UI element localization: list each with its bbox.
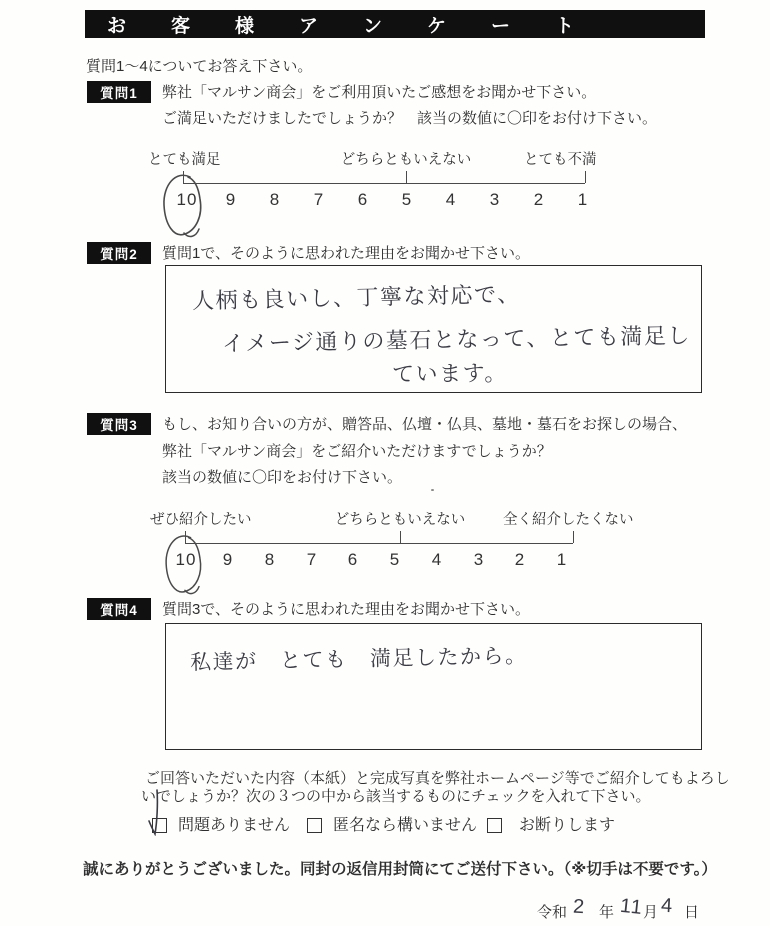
scale-tick-mid: [400, 531, 401, 543]
handwritten-circle-q3: [158, 533, 210, 595]
scale-right-label: 全く紹介したくない: [503, 508, 634, 529]
consent-text-line2: いでしょうか？次の３つの中から該当するものにチェックを入れて下さい。: [141, 787, 651, 806]
scale-number-6: 6: [331, 550, 375, 570]
scale-mid-label: どちらともいえない: [335, 508, 466, 529]
checkbox-label-decline: お断りします: [519, 812, 615, 835]
question4-label: 質問4: [87, 598, 151, 620]
scale-axis-line: [183, 183, 585, 184]
scale-number-8: 8: [253, 190, 297, 210]
scale-number-4: 4: [415, 550, 459, 570]
date-era-label: 令和: [537, 901, 567, 922]
scale-number-1: 1: [540, 550, 584, 570]
scale-number-5: 5: [385, 190, 429, 210]
recommend-scale: ぜひ紹介したい どちらともいえない 全く紹介したくない 10 9 8 7 6 5…: [145, 508, 645, 588]
scale-number-9: 9: [206, 550, 250, 570]
question3-text-line1: もし、お知り合いの方が、贈答品、仏壇・仏具、墓地・墓石をお探しの場合、: [162, 415, 687, 434]
scale-number-4: 4: [429, 190, 473, 210]
scan-speck: [431, 489, 434, 491]
date-day-unit: 日: [684, 901, 699, 922]
scale-number-3: 3: [457, 550, 501, 570]
question3-label: 質問3: [87, 413, 151, 435]
question3-text-line2: 弊社「マルサン商会」をご紹介いただけますでしょうか？: [162, 442, 552, 461]
question1-text-line2: ご満足いただけましたでしょうか？ 該当の数値に〇印をお付け下さい。: [162, 109, 657, 128]
checkbox-anonymous-ok: [307, 818, 322, 833]
question1-text-line1: 弊社「マルサン商会」をご利用頂いたご感想をお聞かせ下さい。: [162, 83, 596, 102]
question4-prompt: 質問3で、そのように思われた理由をお聞かせ下さい。: [162, 600, 530, 619]
date-year-unit: 年: [599, 901, 614, 922]
question1-label: 質問1: [87, 81, 151, 103]
date-month-unit: 月: [643, 901, 658, 922]
satisfaction-scale: とても満足 どちらともいえない とても不満 10 9 8 7 6 5 4 3 2…: [145, 148, 615, 228]
scale-number-5: 5: [373, 550, 417, 570]
scale-number-6: 6: [341, 190, 385, 210]
scale-tick-right: [585, 171, 586, 183]
page-title: お 客 様 ア ン ケ ー ト: [107, 11, 683, 38]
handwritten-checkmark: [146, 788, 166, 836]
scale-number-3: 3: [473, 190, 517, 210]
checkbox-label-anonymous-ok: 匿名なら構いません: [333, 812, 477, 835]
handwritten-circle-q1: [157, 172, 209, 238]
scale-number-7: 7: [297, 190, 341, 210]
checkbox-decline: [487, 818, 502, 833]
date-month-handwritten: 11: [619, 895, 644, 920]
question2-prompt: 質問1で、そのように思われた理由をお聞かせ下さい。: [162, 244, 530, 263]
scale-tick-mid: [406, 171, 407, 183]
scale-number-2: 2: [498, 550, 542, 570]
scale-number-9: 9: [209, 190, 253, 210]
scale-number-7: 7: [290, 550, 334, 570]
question3-text-line3: 該当の数値に〇印をお付け下さい。: [162, 468, 402, 487]
checkbox-label-no-problem: 問題ありません: [178, 812, 290, 835]
title-bar: お 客 様 ア ン ケ ー ト: [85, 10, 705, 38]
scale-right-label: とても不満: [524, 148, 597, 169]
thanks-text: 誠にありがとうございました。同封の返信用封筒にてご送付下さい。（※切手は不要です…: [83, 857, 717, 879]
scale-number-2: 2: [517, 190, 561, 210]
scale-tick-right: [573, 531, 574, 543]
scale-axis-line: [185, 543, 573, 544]
scale-mid-label: どちらともいえない: [341, 148, 472, 169]
scale-left-label: ぜひ紹介したい: [150, 508, 252, 529]
date-year-handwritten: 2: [572, 896, 585, 920]
scale-number-8: 8: [248, 550, 292, 570]
question2-label: 質問2: [87, 242, 151, 264]
date-day-handwritten: 4: [660, 895, 673, 919]
consent-text-line1: ご回答いただいた内容（本紙）と完成写真を弊社ホームページ等でご紹介してもよろし: [145, 769, 730, 788]
scale-left-label: とても満足: [148, 148, 221, 169]
intro-text: 質問1～4についてお答え下さい。: [86, 57, 312, 76]
scale-number-1: 1: [561, 190, 605, 210]
survey-page: お 客 様 ア ン ケ ー ト 質問1～4についてお答え下さい。 質問1 弊社「…: [0, 0, 770, 926]
handwritten-answer-q2-line3: ています。: [392, 356, 508, 388]
